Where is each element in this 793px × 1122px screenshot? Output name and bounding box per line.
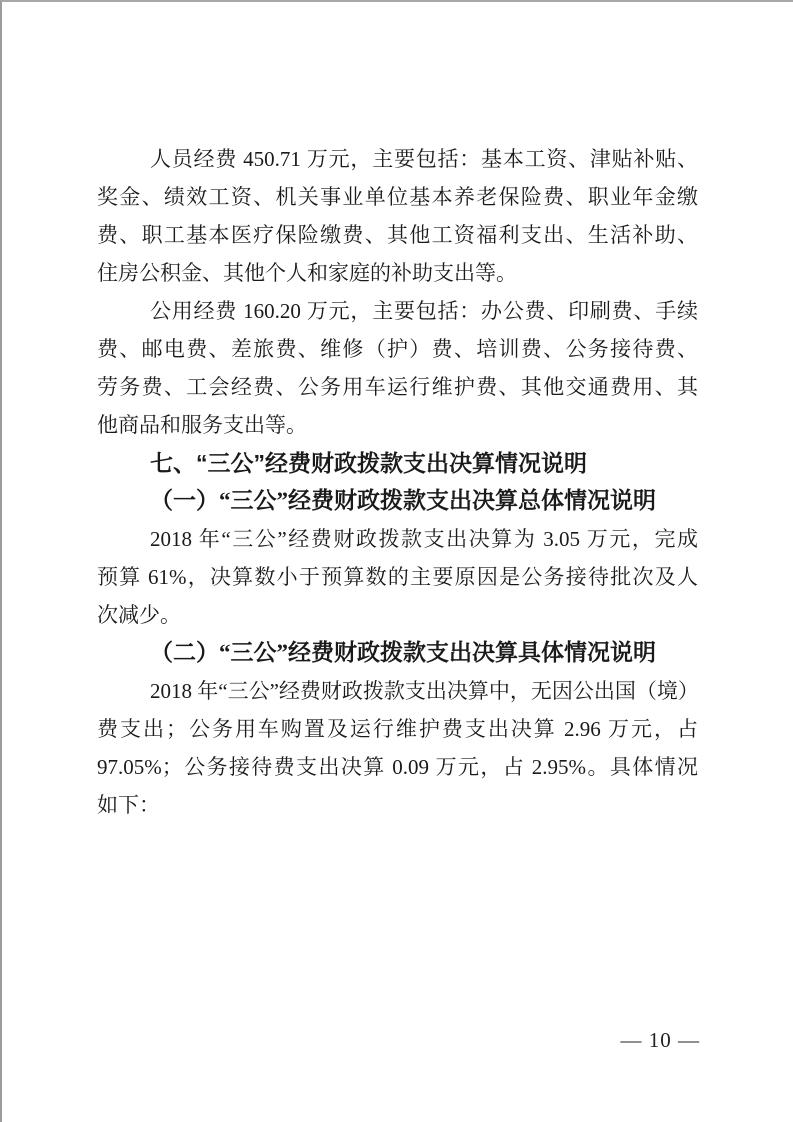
public-funds-paragraph-line: 费、邮电费、差旅费、维修（护）费、培训费、公务接待费、 (97, 330, 698, 368)
subsection-one-paragraph-line: 预算 61%，决算数小于预算数的主要原因是公务接待批次及人 (97, 558, 698, 596)
subsection-two-heading: （二）“三公”经费财政拨款支出决算具体情况说明 (97, 634, 698, 672)
subsection-one-paragraph-line: 次减少。 (97, 596, 698, 634)
page-number: — 10 — (621, 1026, 701, 1054)
document-text-block: 人员经费 450.71 万元，主要包括：基本工资、津贴补贴、 奖金、绩效工资、机… (97, 140, 698, 824)
document-page: { "page": { "number": "— 10 —" }, "secti… (0, 0, 793, 1122)
subsection-two-paragraph-line: 97.05%；公务接待费支出决算 0.09 万元，占 2.95%。具体情况 (97, 748, 698, 786)
personnel-paragraph-line: 住房公积金、其他个人和家庭的补助支出等。 (97, 254, 698, 292)
subsection-one-heading: （一）“三公”经费财政拨款支出决算总体情况说明 (97, 482, 698, 520)
subsection-two-paragraph-line: 如下： (97, 786, 698, 824)
personnel-paragraph-line: 费、职工基本医疗保险缴费、其他工资福利支出、生活补助、 (97, 216, 698, 254)
subsection-two-paragraph-line: 费支出；公务用车购置及运行维护费支出决算 2.96 万元，占 (97, 710, 698, 748)
section-seven-heading: 七、“三公”经费财政拨款支出决算情况说明 (97, 444, 698, 482)
public-funds-paragraph-line: 公用经费 160.20 万元，主要包括：办公费、印刷费、手续 (97, 292, 698, 330)
subsection-two-paragraph-line: 2018 年“三公”经费财政拨款支出决算中，无因公出国（境） (97, 672, 698, 710)
personnel-paragraph-line: 人员经费 450.71 万元，主要包括：基本工资、津贴补贴、 (97, 140, 698, 178)
personnel-paragraph-line: 奖金、绩效工资、机关事业单位基本养老保险费、职业年金缴 (97, 178, 698, 216)
subsection-one-paragraph-line: 2018 年“三公”经费财政拨款支出决算为 3.05 万元，完成 (97, 520, 698, 558)
public-funds-paragraph-line: 他商品和服务支出等。 (97, 406, 698, 444)
public-funds-paragraph-line: 劳务费、工会经费、公务用车运行维护费、其他交通费用、其 (97, 368, 698, 406)
